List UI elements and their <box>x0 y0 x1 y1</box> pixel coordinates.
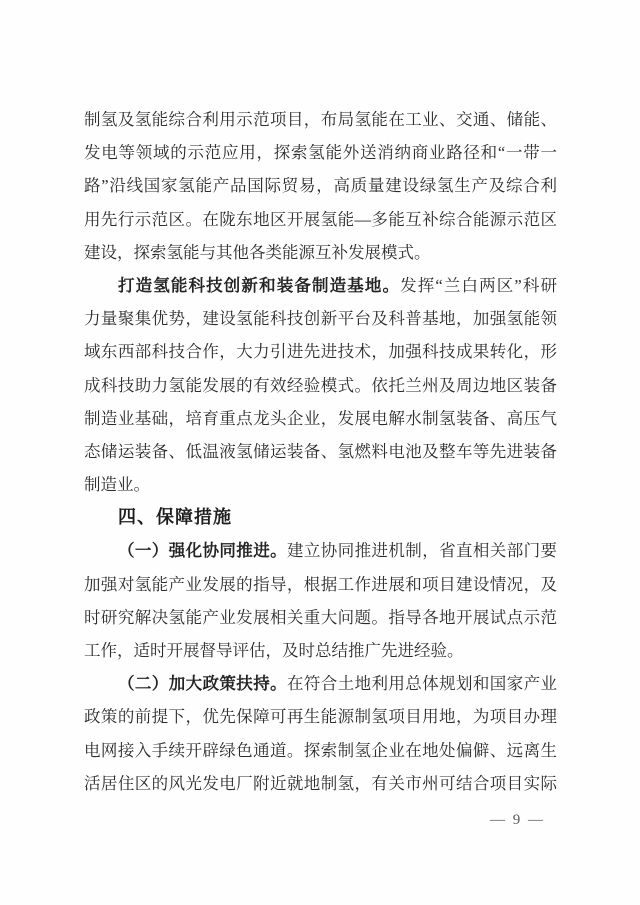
text-line: 态储运装备、低温液氢储运装备、氢燃料电池及整车等先进装备 <box>84 435 557 468</box>
text-line: 时研究解决氢能产业发展相关重大问题。指导各地开展试点示范 <box>84 601 557 634</box>
text-line: 制氢及氢能综合利用示范项目，布局氢能在工业、交通、储能、 <box>84 103 557 136</box>
text-line: 活居住区的风光发电厂附近就地制氢，有关市州可结合项目实际 <box>84 767 557 800</box>
text-line: 制造业。 <box>84 468 557 501</box>
text-line: 工作，适时开展督导评估，及时总结推广先进经验。 <box>84 634 557 667</box>
text-line: 政策的前提下，优先保障可再生能源制氢项目用地，为项目办理 <box>84 700 557 733</box>
page-number: — 9 — <box>490 809 545 831</box>
text-line: 用先行示范区。在陇东地区开展氢能—多能互补综合能源示范区 <box>84 203 557 236</box>
text-line: 成科技助力氢能发展的有效经验模式。依托兰州及周边地区装备 <box>84 369 557 402</box>
text-line: 建设，探索氢能与其他各类能源互补发展模式。 <box>84 236 557 269</box>
body-text: 制氢及氢能综合利用示范项目，布局氢能在工业、交通、储能、 发电等领域的示范应用，… <box>84 103 557 800</box>
paragraph-lead-rest: 发挥“兰白两区”科研 <box>400 276 557 295</box>
text-line: （二）加大政策扶持。在符合土地利用总体规划和国家产业 <box>84 667 557 700</box>
text-line: 加强对氢能产业发展的指导，根据工作进展和项目建设情况，及 <box>84 568 557 601</box>
document-page: 制氢及氢能综合利用示范项目，布局氢能在工业、交通、储能、 发电等领域的示范应用，… <box>0 0 640 905</box>
text-line: （一）强化协同推进。建立协同推进机制，省直相关部门要 <box>84 534 557 567</box>
text-line: 打造氢能科技创新和装备制造基地。发挥“兰白两区”科研 <box>84 269 557 302</box>
text-line: 力量聚集优势，建设氢能科技创新平台及科普基地，加强氢能领 <box>84 302 557 335</box>
item-lead-bold: （一）强化协同推进。 <box>118 541 287 560</box>
section-heading: 四、保障措施 <box>84 501 557 534</box>
text-line: 域东西部科技合作，大力引进先进技术，加强科技成果转化，形 <box>84 335 557 368</box>
item-lead-rest: 建立协同推进机制，省直相关部门要 <box>287 541 557 560</box>
text-line: 电网接入手续开辟绿色通道。探索制氢企业在地处偏僻、远离生 <box>84 734 557 767</box>
paragraph-lead-bold: 打造氢能科技创新和装备制造基地。 <box>118 276 400 295</box>
text-line: 制造业基础，培育重点龙头企业，发展电解水制氢装备、高压气 <box>84 402 557 435</box>
item-lead-rest: 在符合土地利用总体规划和国家产业 <box>287 674 557 693</box>
text-line: 发电等领域的示范应用，探索氢能外送消纳商业路径和“一带一 <box>84 136 557 169</box>
item-lead-bold: （二）加大政策扶持。 <box>118 674 287 693</box>
text-line: 路”沿线国家氢能产品国际贸易，高质量建设绿氢生产及综合利 <box>84 169 557 202</box>
